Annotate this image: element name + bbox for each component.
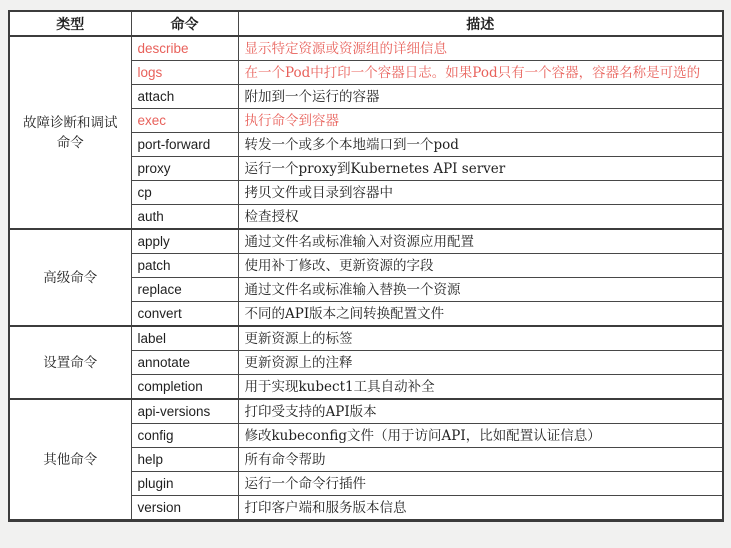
command-cell: apply <box>131 229 238 254</box>
command-cell: annotate <box>131 351 238 375</box>
command-cell: describe <box>131 36 238 61</box>
description-cell: 用于实现kubect1工具自动补全 <box>238 375 723 400</box>
description-cell: 修改kubeconfig文件（用于访问API，比如配置认证信息） <box>238 424 723 448</box>
description-cell: 更新资源上的注释 <box>238 351 723 375</box>
description-cell: 打印客户端和服务版本信息 <box>238 496 723 521</box>
command-cell: auth <box>131 205 238 230</box>
command-cell: plugin <box>131 472 238 496</box>
kubectl-commands-table-wrapper: 类型 命令 描述 故障诊断和调试命令describe显示特定资源或资源组的详细信… <box>8 10 724 522</box>
header-command: 命令 <box>131 11 238 36</box>
kubectl-commands-table: 类型 命令 描述 故障诊断和调试命令describe显示特定资源或资源组的详细信… <box>8 10 724 522</box>
table-row: 高级命令apply通过文件名或标准输入对资源应用配置 <box>9 229 723 254</box>
table-row: 设置命令label更新资源上的标签 <box>9 326 723 351</box>
header-row: 类型 命令 描述 <box>9 11 723 36</box>
description-cell: 不同的API版本之间转换配置文件 <box>238 302 723 327</box>
description-cell: 显示特定资源或资源组的详细信息 <box>238 36 723 61</box>
command-cell: port-forward <box>131 133 238 157</box>
command-cell: exec <box>131 109 238 133</box>
description-cell: 执行命令到容器 <box>238 109 723 133</box>
description-cell: 运行一个proxy到Kubernetes API server <box>238 157 723 181</box>
table-row: 其他命令api-versions打印受支持的API版本 <box>9 399 723 424</box>
command-cell: convert <box>131 302 238 327</box>
description-cell: 通过文件名或标准输入替换一个资源 <box>238 278 723 302</box>
table-row: 故障诊断和调试命令describe显示特定资源或资源组的详细信息 <box>9 36 723 61</box>
description-cell: 拷贝文件或目录到容器中 <box>238 181 723 205</box>
category-cell: 其他命令 <box>9 399 131 521</box>
command-cell: help <box>131 448 238 472</box>
description-cell: 使用补丁修改、更新资源的字段 <box>238 254 723 278</box>
command-cell: logs <box>131 61 238 85</box>
category-cell: 高级命令 <box>9 229 131 326</box>
command-cell: version <box>131 496 238 521</box>
header-type: 类型 <box>9 11 131 36</box>
command-cell: api-versions <box>131 399 238 424</box>
page: 类型 命令 描述 故障诊断和调试命令describe显示特定资源或资源组的详细信… <box>0 0 731 548</box>
table-header: 类型 命令 描述 <box>9 11 723 36</box>
command-cell: patch <box>131 254 238 278</box>
command-cell: attach <box>131 85 238 109</box>
category-cell: 故障诊断和调试命令 <box>9 36 131 229</box>
command-cell: label <box>131 326 238 351</box>
category-cell: 设置命令 <box>9 326 131 399</box>
description-cell: 运行一个命令行插件 <box>238 472 723 496</box>
description-cell: 附加到一个运行的容器 <box>238 85 723 109</box>
header-description: 描述 <box>238 11 723 36</box>
command-cell: proxy <box>131 157 238 181</box>
description-cell: 转发一个或多个本地端口到一个pod <box>238 133 723 157</box>
description-cell: 在一个Pod中打印一个容器日志。如果Pod只有一个容器，容器名称是可选的 <box>238 61 723 85</box>
command-cell: replace <box>131 278 238 302</box>
command-cell: completion <box>131 375 238 400</box>
description-cell: 打印受支持的API版本 <box>238 399 723 424</box>
table-body: 故障诊断和调试命令describe显示特定资源或资源组的详细信息logs在一个P… <box>9 36 723 521</box>
command-cell: cp <box>131 181 238 205</box>
command-cell: config <box>131 424 238 448</box>
description-cell: 通过文件名或标准输入对资源应用配置 <box>238 229 723 254</box>
description-cell: 更新资源上的标签 <box>238 326 723 351</box>
description-cell: 所有命令帮助 <box>238 448 723 472</box>
description-cell: 检查授权 <box>238 205 723 230</box>
